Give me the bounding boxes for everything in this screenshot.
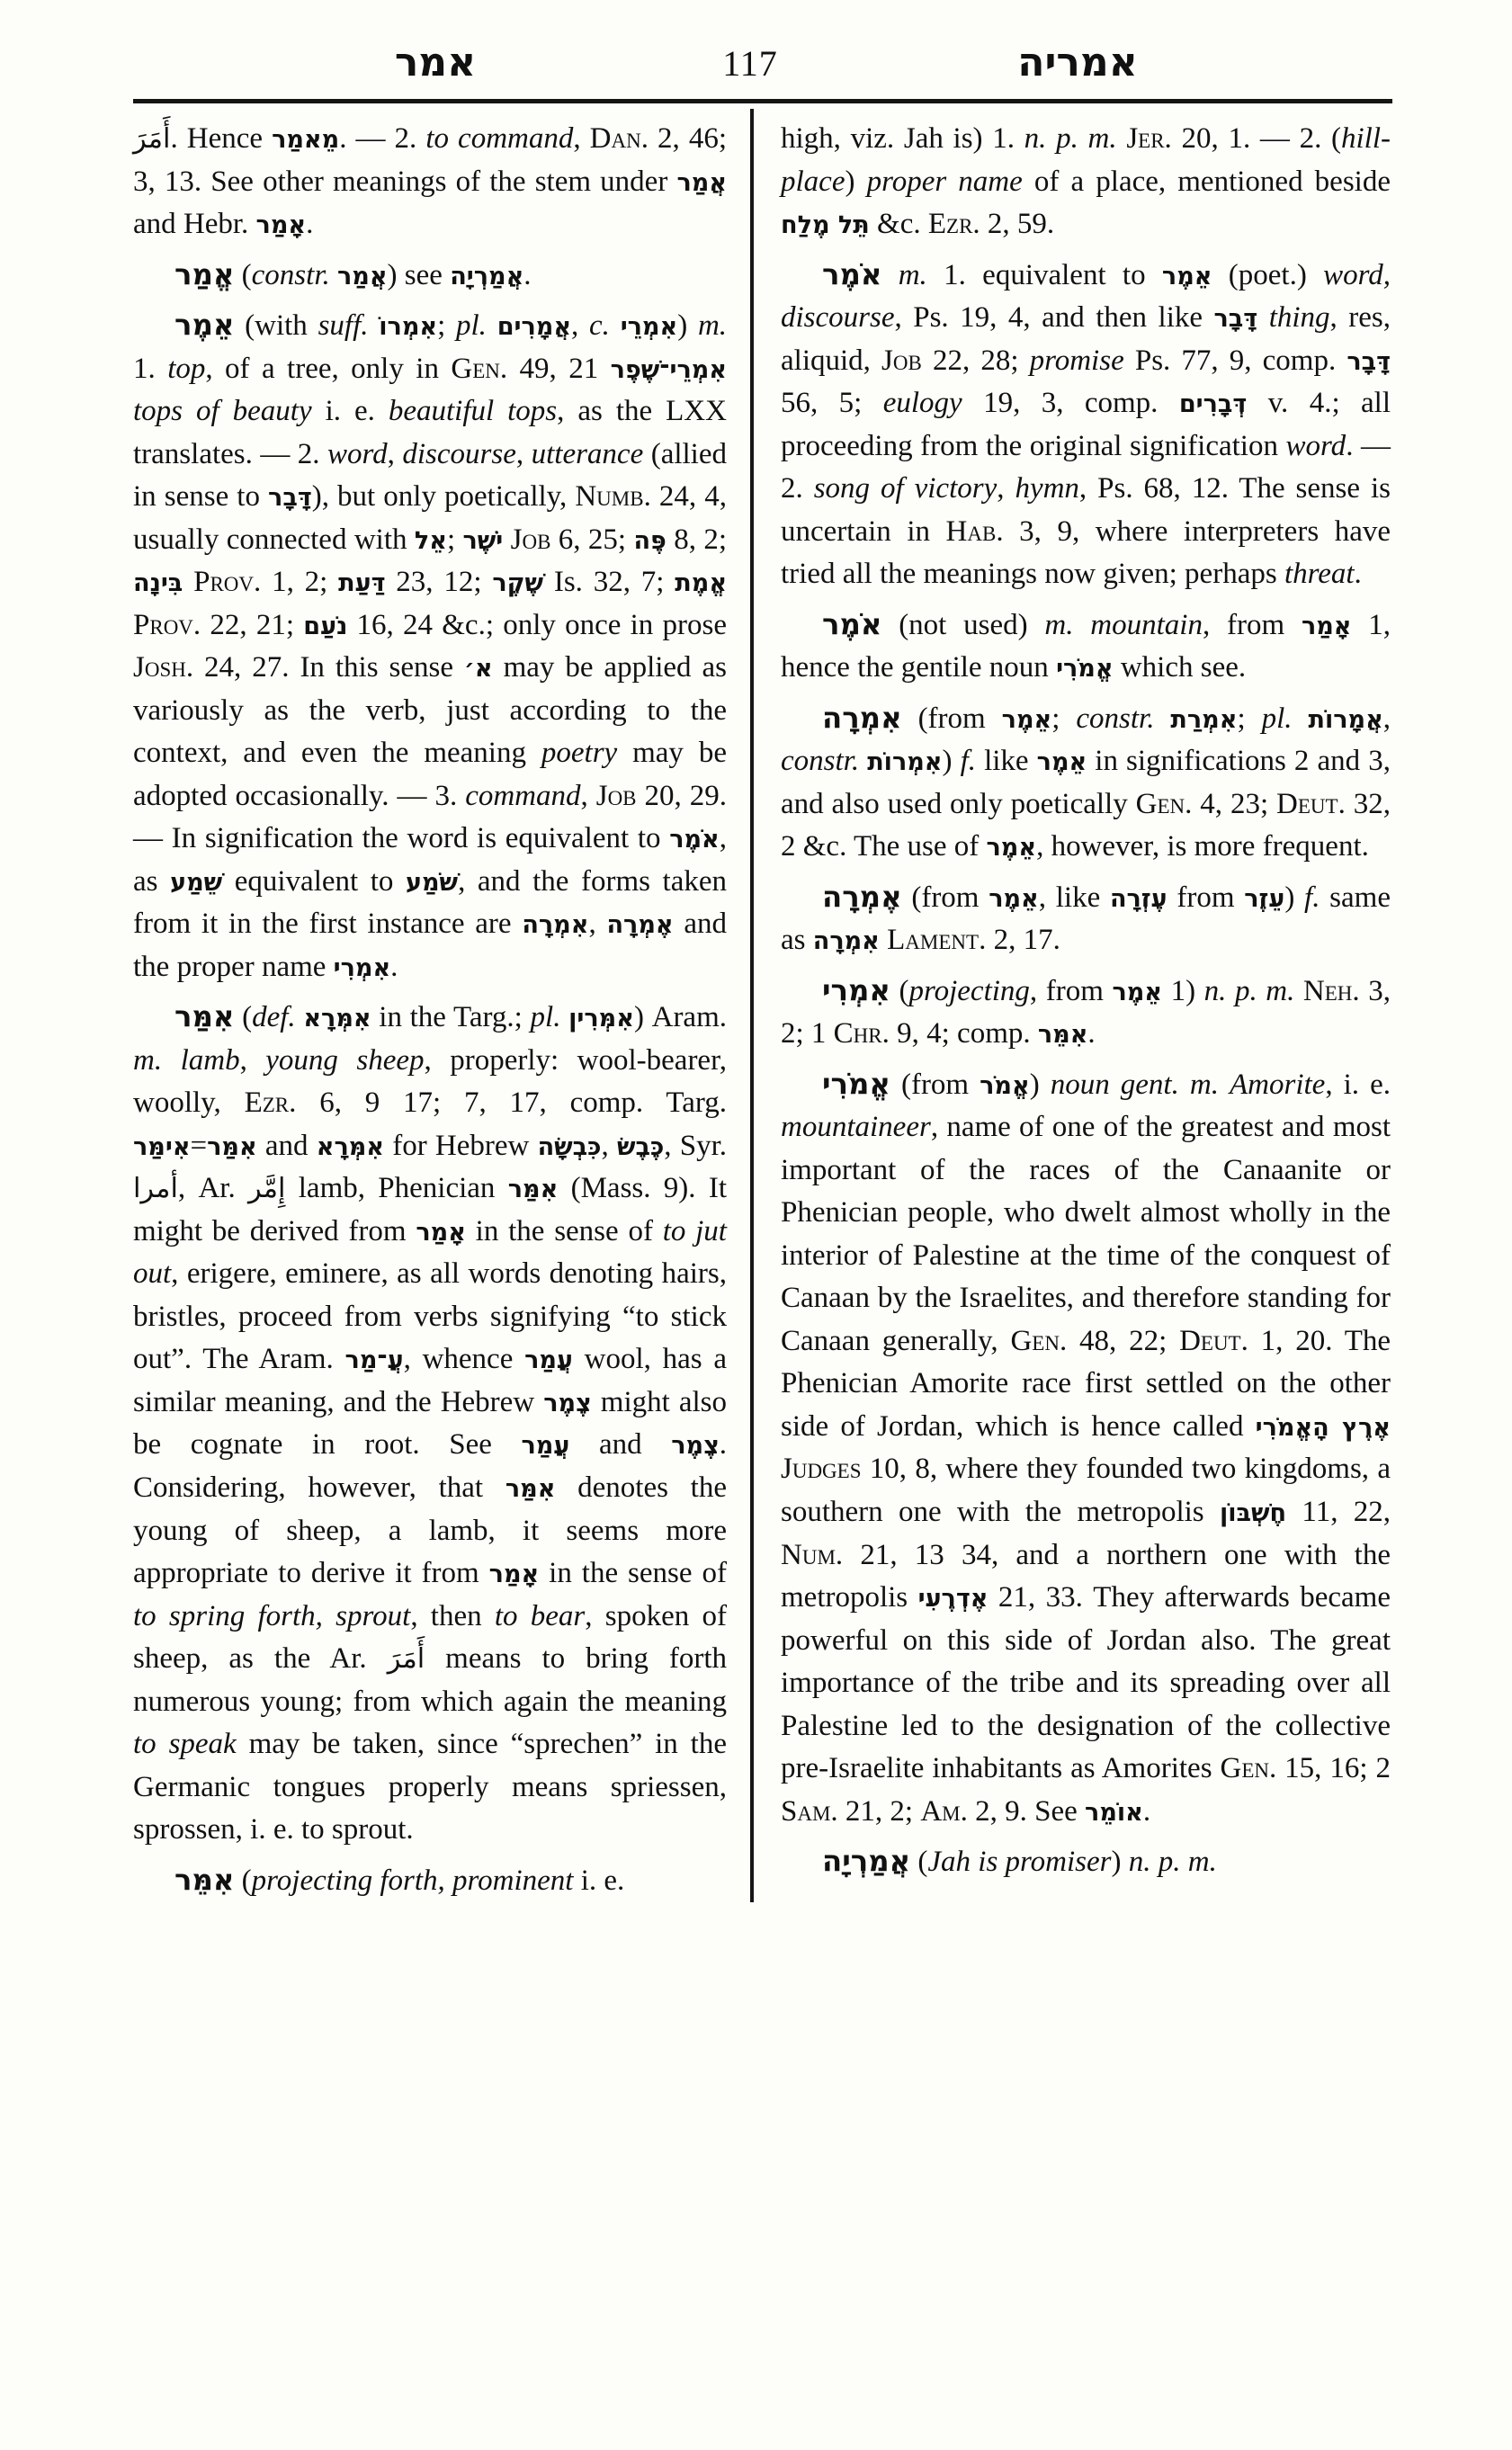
- text-run: ,: [581, 780, 596, 812]
- text-run: 22, 21;: [201, 609, 303, 641]
- italic-text-run: discourse: [402, 438, 516, 470]
- text-run: 22, 28;: [922, 344, 1030, 377]
- hebrew-word: אֲמַר: [337, 263, 388, 291]
- book-reference: Lament.: [887, 924, 986, 956]
- text-run: , name of one of the greatest and most i…: [781, 1111, 1391, 1357]
- italic-text-run: Amorite: [1230, 1069, 1325, 1101]
- hebrew-word: אָמַר: [1302, 612, 1352, 640]
- text-run: , Syr.: [664, 1130, 727, 1162]
- semitic-script-word: أَمَرَ: [133, 123, 170, 155]
- text-run: , from: [1030, 975, 1113, 1007]
- italic-text-run: m.: [698, 309, 727, 342]
- hebrew-headword: אֶמְרָה: [822, 880, 902, 914]
- text-run: high, viz. Jah is) 1.: [781, 122, 1024, 155]
- text-run: i. e.: [312, 395, 389, 427]
- text-run: 48, 22;: [1067, 1325, 1179, 1357]
- text-run: (not used): [881, 609, 1044, 641]
- text-run: (from: [902, 702, 1002, 735]
- dictionary-entry: אֹמֶר (not used) m. mountain, from אָמַר…: [781, 604, 1391, 690]
- hebrew-headword: אִמְרָה: [822, 701, 902, 735]
- text-run: and: [257, 1130, 317, 1162]
- text-run: ,: [1383, 702, 1391, 735]
- hebrew-word: מֵאמַר: [272, 126, 339, 154]
- italic-text-run: m.: [899, 259, 927, 291]
- italic-text-run: m.: [1044, 609, 1073, 641]
- text-run: ), but only poetically,: [312, 480, 576, 513]
- italic-text-run: mountain: [1090, 609, 1203, 641]
- text-run: [330, 259, 337, 291]
- italic-text-run: to bear: [495, 1600, 585, 1632]
- hebrew-word: שֵׁמַע: [170, 869, 222, 897]
- italic-text-run: m.: [133, 1044, 162, 1077]
- text-run: [1293, 702, 1309, 735]
- hebrew-word: כֶּבֶשׂ: [617, 1133, 664, 1161]
- hebrew-word: אִמְּרִין: [568, 1005, 634, 1033]
- hebrew-word: אָמַר: [256, 211, 307, 239]
- italic-text-run: poetry: [541, 737, 617, 769]
- dictionary-entry: אֲמַרְיָה (Jah is promiser) n. p. m.: [781, 1840, 1391, 1884]
- hebrew-word: אֶמְרָה: [606, 911, 673, 939]
- dictionary-entry: אֵמֶר (with suff. אִמְרוֹ; pl. אֲמָרִים,…: [133, 304, 727, 988]
- italic-text-run: young sheep: [265, 1044, 424, 1077]
- italic-text-run: f.: [961, 745, 976, 777]
- text-run: which see.: [1114, 651, 1247, 684]
- italic-text-run: projecting forth, prominent: [252, 1864, 574, 1897]
- italic-text-run: pl.: [456, 309, 487, 342]
- text-run: ): [845, 165, 866, 198]
- book-reference: Jer.: [1126, 122, 1171, 155]
- hebrew-word: אִמְרָה: [813, 927, 880, 955]
- italic-text-run: n. p. m.: [1204, 975, 1295, 1007]
- hebrew-word: כִּבְשָׂה: [538, 1133, 602, 1161]
- italic-text-run: noun gent. m.: [1051, 1069, 1219, 1101]
- hebrew-word: שֶׁקֶר: [492, 569, 543, 597]
- text-run: 1, 2;: [261, 566, 338, 598]
- text-run: from: [1168, 881, 1245, 914]
- text-columns: أَمَرَ. Hence מֵאמַר. — 2. to command, D…: [133, 109, 1392, 1902]
- text-run: ): [1111, 1846, 1128, 1878]
- hebrew-word: יֹשֶׁר: [462, 527, 503, 555]
- book-reference: Num.: [781, 1539, 843, 1571]
- italic-text-run: eulogy: [883, 387, 962, 419]
- text-run: and Hebr.: [133, 208, 256, 240]
- text-run: .: [1087, 1017, 1095, 1050]
- text-run: 20, 1. — 2. (: [1172, 122, 1341, 155]
- text-run: 1.: [133, 353, 167, 385]
- book-reference: Josh.: [133, 651, 193, 684]
- text-run: [1257, 301, 1268, 334]
- hebrew-headword: אִמְרִי: [822, 973, 890, 1007]
- book-reference: Deut.: [1179, 1325, 1248, 1357]
- hebrew-word: בִּינָה: [133, 569, 183, 597]
- text-run: ,: [601, 1130, 616, 1162]
- hebrew-word: צֶמֶר: [671, 1432, 720, 1460]
- page-content: אמר 117 אמריה أَمَرَ. Hence מֵאמַר. — 2.…: [133, 34, 1392, 1902]
- book-reference: Chr.: [834, 1017, 890, 1050]
- text-run: ,: [240, 1044, 266, 1077]
- italic-text-run: suff.: [318, 309, 369, 342]
- text-run: , whence: [404, 1343, 524, 1375]
- text-run: of a place, mentioned beside: [1023, 165, 1391, 198]
- text-run: (: [234, 259, 251, 291]
- book-reference: Gen.: [451, 353, 507, 385]
- text-run: ;: [1237, 702, 1261, 735]
- book-reference: Prov.: [133, 609, 201, 641]
- text-run: in the sense of: [539, 1557, 727, 1589]
- text-run: ;: [447, 523, 463, 556]
- hebrew-word: אִמְרוֹ: [379, 313, 437, 341]
- text-run: [1219, 1069, 1230, 1101]
- text-run: ;: [1051, 702, 1076, 735]
- dictionary-entry: אֶמְרָה (from אֵמֶר, like עֶזְרָה from ע…: [781, 876, 1391, 962]
- text-run: [183, 566, 193, 598]
- hebrew-word: חֶשְׁבּוֹן: [1220, 1499, 1286, 1527]
- continuation-paragraph: أَمَرَ. Hence מֵאמַר. — 2. to command, D…: [133, 118, 727, 246]
- semitic-script-word: إِمَّر: [248, 1173, 285, 1204]
- text-run: , however, is more frequent.: [1036, 830, 1369, 863]
- text-run: [1117, 122, 1127, 155]
- text-run: 16, 24 &c.; only once in prose: [347, 609, 727, 641]
- text-run: [1154, 702, 1170, 735]
- text-run: [369, 309, 380, 342]
- hebrew-word: תֵּל מֶלַח: [781, 211, 870, 239]
- italic-text-run: constr.: [781, 745, 859, 777]
- text-run: .: [1143, 1795, 1150, 1828]
- text-run: 49, 21: [507, 353, 611, 385]
- italic-text-run: c.: [589, 309, 610, 342]
- italic-text-run: tops of beauty: [133, 395, 312, 427]
- hebrew-word: אֵל: [415, 527, 447, 555]
- text-run: lamb, Phenician: [285, 1172, 507, 1204]
- hebrew-word: אֹמֶר: [669, 826, 720, 854]
- italic-text-run: top: [167, 353, 205, 385]
- text-run: , of a tree, only in: [205, 353, 451, 385]
- text-run: ) see: [388, 259, 451, 291]
- hebrew-word: אֶרֶץ הָאֱמֹרִי: [1256, 1414, 1391, 1442]
- book-reference: Sam.: [781, 1795, 838, 1828]
- italic-text-run: word: [327, 438, 388, 470]
- text-run: (: [234, 1001, 252, 1033]
- text-run: , from: [1203, 609, 1302, 641]
- text-run: 19, 3, comp.: [962, 387, 1179, 419]
- running-head-right-word: אמריה: [1017, 34, 1138, 92]
- semitic-script-word: أَمَرَ: [388, 1643, 425, 1675]
- italic-text-run: def.: [252, 1001, 296, 1033]
- right-column: high, viz. Jah is) 1. n. p. m. Jer. 20, …: [754, 109, 1391, 1902]
- dictionary-entry: אֱמַר (constr. אֲמַר) see אֲמַרְיָה.: [133, 254, 727, 298]
- hebrew-word: אִמְּרָא: [317, 1133, 384, 1161]
- text-run: 11, 22,: [1286, 1496, 1391, 1528]
- hebrew-word: עֵזֶר: [1244, 885, 1284, 913]
- text-run: 2, 9. See: [968, 1795, 1085, 1828]
- page-number: 117: [722, 34, 778, 94]
- hebrew-word: אֱמֶת: [675, 569, 727, 597]
- hebrew-word: אִמַּר: [508, 1176, 559, 1203]
- hebrew-word: א׳: [464, 655, 493, 683]
- hebrew-word: אִמְרוֹת: [867, 748, 942, 776]
- hebrew-word: אוֹמֵר: [1085, 1799, 1143, 1827]
- header-rule: [133, 99, 1392, 103]
- hebrew-word: אֵמֶר: [1162, 263, 1212, 291]
- hebrew-word: עֲמַר: [522, 1432, 570, 1460]
- text-run: (poet.): [1212, 259, 1323, 291]
- text-run: 6, 25;: [550, 523, 633, 556]
- text-run: , Ar.: [178, 1172, 248, 1204]
- hebrew-word: אָמַר: [489, 1560, 540, 1588]
- running-head: אמר 117 אמריה: [133, 34, 1392, 99]
- text-run: [610, 309, 621, 342]
- hebrew-word: אֲמַרְיָה: [450, 263, 523, 291]
- text-run: i. e.: [573, 1864, 624, 1897]
- italic-text-run: beautiful tops: [389, 395, 557, 427]
- text-run: [487, 309, 497, 342]
- lexicon-page: אמר 117 אמריה أَمَرَ. Hence מֵאמַר. — 2.…: [0, 0, 1512, 2450]
- text-run: ): [1284, 881, 1304, 914]
- italic-text-run: Jah is promiser: [927, 1846, 1111, 1878]
- hebrew-word: אֵמֶר: [987, 834, 1037, 862]
- italic-text-run: pl.: [1262, 702, 1293, 735]
- text-run: 4, 23;: [1192, 788, 1276, 820]
- text-run: ,: [516, 438, 532, 470]
- hebrew-headword: אִמֵּר: [174, 1863, 234, 1897]
- hebrew-word: דְּבָרִים: [1179, 390, 1247, 418]
- text-run: 23, 12;: [385, 566, 492, 598]
- text-run: [1294, 975, 1303, 1007]
- italic-text-run: constr.: [1076, 702, 1154, 735]
- text-run: in the Targ.;: [371, 1001, 531, 1033]
- hebrew-word: אִמְרָה: [522, 911, 588, 939]
- italic-text-run: threat: [1284, 558, 1355, 590]
- hebrew-headword: אֹמֶר: [822, 607, 881, 641]
- text-run: . Hence: [170, 122, 272, 155]
- dictionary-entry: אִמֵּר (projecting forth, prominent i. e…: [133, 1859, 727, 1903]
- text-run: in the sense of: [466, 1215, 663, 1247]
- hebrew-headword: אֹמֶר: [822, 257, 881, 291]
- text-run: ) Aram.: [634, 1001, 727, 1033]
- text-run: [1074, 609, 1091, 641]
- text-run: Ps. 77, 9, comp.: [1124, 344, 1347, 377]
- text-run: like: [976, 745, 1037, 777]
- text-run: , i. e.: [1325, 1069, 1391, 1101]
- hebrew-headword: אֱמֹרִי: [822, 1067, 890, 1101]
- text-run: .: [306, 208, 313, 240]
- hebrew-word: עֲ־מַר: [345, 1346, 404, 1374]
- text-run: [503, 523, 510, 556]
- text-run: [859, 745, 867, 777]
- italic-text-run: lamb: [181, 1044, 240, 1077]
- hebrew-word: אִמְרִי: [334, 954, 391, 982]
- hebrew-word: אֱמֹרִי: [1056, 655, 1114, 683]
- text-run: =: [191, 1130, 208, 1162]
- hebrew-word: דָּבָר: [268, 484, 312, 512]
- text-run: 8, 2;: [667, 523, 727, 556]
- book-reference: Dan.: [590, 122, 649, 155]
- book-reference: Hab.: [946, 515, 1004, 548]
- hebrew-word: אֵמֶר: [1037, 748, 1087, 776]
- italic-text-run: to spring forth, sprout: [133, 1600, 410, 1632]
- hebrew-word: אֱמֹר: [980, 1072, 1030, 1100]
- text-run: [880, 924, 887, 956]
- book-reference: Deut.: [1276, 788, 1346, 820]
- book-reference: Gen.: [1220, 1752, 1276, 1784]
- text-run: &c.: [870, 208, 928, 240]
- hebrew-word: אִמַּר: [505, 1475, 556, 1503]
- book-reference: Neh.: [1303, 975, 1360, 1007]
- hebrew-word: פֶּה: [633, 527, 666, 555]
- hebrew-word: אֲמָרִים: [497, 313, 571, 341]
- dictionary-entry: אִמְרִי (projecting, from אֵמֶר 1) n. p.…: [781, 970, 1391, 1056]
- text-run: 1. equivalent to: [927, 259, 1162, 291]
- hebrew-word: צֶמֶר: [543, 1390, 592, 1417]
- text-run: 56, 5;: [781, 387, 883, 419]
- text-run: 9, 4; comp.: [890, 1017, 1038, 1050]
- text-run: ): [677, 309, 698, 342]
- text-run: 2, 17.: [986, 924, 1060, 956]
- hebrew-headword: אִמַּר: [174, 999, 234, 1033]
- text-run: ;: [437, 309, 456, 342]
- text-run: (: [234, 1864, 251, 1897]
- text-run: ): [943, 745, 961, 777]
- italic-text-run: n. p. m.: [1024, 122, 1117, 155]
- hebrew-word: עֲמַר: [524, 1346, 573, 1374]
- text-run: 1): [1162, 975, 1204, 1007]
- book-reference: Am.: [920, 1795, 968, 1828]
- hebrew-word: אֲמָרוֹת: [1308, 706, 1382, 734]
- text-run: 21, 2;: [838, 1795, 921, 1828]
- hebrew-word: אֵמֶר: [1112, 979, 1162, 1006]
- text-run: 6, 9 17; 7, 17, comp. Targ.: [296, 1086, 727, 1119]
- text-run: (with: [234, 309, 318, 342]
- hebrew-headword: אֱמַר: [174, 257, 234, 291]
- italic-text-run: command: [465, 780, 580, 812]
- text-run: .: [523, 259, 531, 291]
- hebrew-word: אֵמֶר: [989, 885, 1039, 913]
- text-run: (from: [902, 881, 989, 914]
- book-reference: Ezr.: [928, 208, 980, 240]
- text-run: ): [1030, 1069, 1051, 1101]
- book-reference: Job: [596, 780, 637, 812]
- text-run: [881, 259, 898, 291]
- hebrew-headword: אֲמַרְיָה: [822, 1844, 910, 1878]
- hebrew-word: אִמְרַת: [1170, 706, 1237, 734]
- text-run: ,: [997, 472, 1015, 505]
- hebrew-word: דַּעַת: [338, 569, 385, 597]
- italic-text-run: promise: [1030, 344, 1124, 377]
- hebrew-word: אִמְרֵי־שֶׁפֶר: [611, 356, 727, 384]
- text-run: .: [1355, 558, 1362, 590]
- running-head-left-word: אמר: [395, 34, 476, 92]
- hebrew-word: אִמֵּר: [1038, 1021, 1088, 1049]
- text-run: 2, 59.: [980, 208, 1055, 240]
- book-reference: Job: [511, 523, 551, 556]
- italic-text-run: mountaineer: [781, 1111, 931, 1143]
- italic-text-run: projecting: [908, 975, 1029, 1007]
- book-reference: Numb.: [575, 480, 650, 513]
- text-run: ,: [571, 309, 589, 342]
- text-run: equivalent to: [222, 865, 406, 898]
- italic-text-run: thing: [1269, 301, 1330, 334]
- text-run: (: [890, 975, 909, 1007]
- italic-text-run: f.: [1304, 881, 1320, 914]
- text-run: , then: [410, 1600, 495, 1632]
- book-reference: Gen.: [1136, 788, 1193, 820]
- book-reference: Job: [881, 344, 922, 377]
- hebrew-word: אָמַר: [416, 1219, 466, 1247]
- text-run: 24, 27. In this sense: [193, 651, 464, 684]
- dictionary-entry: אֹמֶר m. 1. equivalent to אֵמֶר (poet.) …: [781, 254, 1391, 596]
- text-run: .: [390, 951, 398, 983]
- italic-text-run: proper name: [867, 165, 1023, 198]
- hebrew-word: שֹׁמַע: [406, 869, 458, 897]
- hebrew-word: עֶזְרָה: [1110, 885, 1168, 913]
- text-run: (from: [890, 1069, 980, 1101]
- book-reference: Judges: [781, 1453, 862, 1485]
- hebrew-headword: אֵמֶר: [174, 308, 234, 342]
- hebrew-word: דָּבָר: [1214, 305, 1258, 333]
- text-run: Is. 32, 7;: [543, 566, 675, 598]
- text-run: ,: [573, 122, 589, 155]
- hebrew-word: אֲמַר: [676, 169, 727, 197]
- book-reference: Gen.: [1010, 1325, 1067, 1357]
- hebrew-word: דָּבָר: [1346, 348, 1391, 376]
- dictionary-entry: אִמַּר (def. אִמְּרָא in the Targ.; pl. …: [133, 996, 727, 1851]
- italic-text-run: word: [1286, 430, 1346, 462]
- italic-text-run: to speak: [133, 1728, 237, 1760]
- hebrew-word: אִמַּר: [207, 1133, 257, 1161]
- text-run: [162, 1044, 180, 1077]
- left-column: أَمَرَ. Hence מֵאמַר. — 2. to command, D…: [133, 109, 750, 1902]
- text-run: . — 2.: [339, 122, 425, 155]
- italic-text-run: utterance: [532, 438, 644, 470]
- semitic-script-word: أمرا: [133, 1173, 178, 1204]
- text-run: ,: [588, 908, 606, 940]
- italic-text-run: hymn: [1015, 472, 1078, 505]
- hebrew-word: נֹעַם: [303, 612, 347, 640]
- text-run: , like: [1039, 881, 1110, 914]
- text-run: , Ps. 19, 4, and then like: [895, 301, 1214, 334]
- dictionary-entry: אֱמֹרִי (from אֱמֹר) noun gent. m. Amori…: [781, 1063, 1391, 1833]
- dictionary-entry: אִמְרָה (from אֵמֶר; constr. אִמְרַת; pl…: [781, 697, 1391, 869]
- italic-text-run: constr.: [252, 259, 330, 291]
- hebrew-word: אֶדְרֶעִי: [918, 1585, 989, 1613]
- hebrew-word: אִמְרֵי: [621, 313, 678, 341]
- text-run: for Hebrew: [384, 1130, 538, 1162]
- text-run: and: [569, 1428, 671, 1461]
- book-reference: Ezr.: [245, 1086, 297, 1119]
- hebrew-word: אֵמֶר: [1002, 706, 1052, 734]
- hebrew-word: אִימַּר: [133, 1133, 191, 1161]
- text-run: 15, 16; 2: [1276, 1752, 1391, 1784]
- text-run: ,: [388, 438, 403, 470]
- italic-text-run: song of victory: [814, 472, 998, 505]
- continuation-paragraph: high, viz. Jah is) 1. n. p. m. Jer. 20, …: [781, 118, 1391, 246]
- italic-text-run: pl.: [531, 1001, 561, 1033]
- italic-text-run: to command: [425, 122, 573, 155]
- text-run: (: [910, 1846, 927, 1878]
- hebrew-word: אִמְּרָא: [303, 1005, 371, 1033]
- italic-text-run: n. p. m.: [1129, 1846, 1217, 1878]
- book-reference: Prov.: [193, 566, 261, 598]
- text-run: [560, 1001, 568, 1033]
